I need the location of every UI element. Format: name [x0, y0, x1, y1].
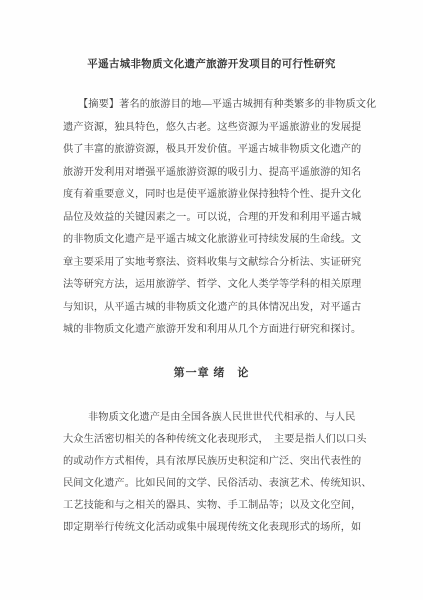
text-line: 城的非物质文化遗产旅游开发和利用从几个方面进行研究和探讨。 — [63, 319, 365, 342]
text-line: 品位及效益的关键因素之一。可以说，合理的开发和利用平遥古城 — [63, 207, 365, 230]
text-line: 民间文化遗产。比如民间的文学、民俗活动、表演艺术、传统知识、 — [63, 473, 365, 495]
chapter-heading: 第一章 绪 论 — [0, 364, 423, 380]
document-page: 平遥古城非物质文化遗产旅游开发项目的可行性研究 【摘要】著名的旅游目的地—平遥古… — [0, 0, 423, 600]
text-line: 旅游开发利用对增强平遥旅游资源的吸引力、提高平遥旅游的知名 — [63, 162, 365, 185]
text-line: 大众生活密切相关的各种传统文化表现形式， 主要是指人们以口头 — [63, 429, 365, 451]
text-line: 非物质文化遗产是由全国各族人民世世代代相承的、与人民 — [63, 407, 365, 429]
text-line: 与知识，从平遥古城的非物质文化遗产的具体情况出发，对平遥古 — [63, 297, 365, 320]
document-title: 平遥古城非物质文化遗产旅游开发项目的可行性研究 — [0, 56, 423, 71]
text-line: 遗产资源，独具特色，悠久古老。这些资源为平遥旅游业的发展提 — [63, 117, 365, 140]
text-line: 的或动作方式相传，具有浓厚民族历史积淀和广泛、突出代表性的 — [63, 451, 365, 473]
text-line: 度有着重要意义，同时也是使平遥旅游业保持独特个性、提升文化 — [63, 184, 365, 207]
text-line: 工艺技能和与之相关的器具、实物、手工制品等；以及文化空间， — [63, 495, 365, 517]
text-line: 章主要采用了实地考察法、资料收集与文献综合分析法、实证研究 — [63, 252, 365, 275]
text-line: 的非物质文化遗产是平遥古城文化旅游业可持续发展的生命线。文 — [63, 229, 365, 252]
text-line: 供了丰富的旅游资源，极具开发价值。平遥古城非物质文化遗产的 — [63, 139, 365, 162]
text-line: 即定期举行传统文化活动或集中展现传统文化表现形式的场所，如 — [63, 517, 365, 539]
abstract-paragraph: 【摘要】著名的旅游目的地—平遥古城拥有种类繁多的非物质文化遗产资源，独具特色，悠… — [63, 94, 365, 342]
intro-paragraph: 非物质文化遗产是由全国各族人民世世代代相承的、与人民大众生活密切相关的各种传统文… — [63, 407, 365, 539]
text-line: 法等研究方法，运用旅游学、哲学、文化人类学等学科的相关原理 — [63, 274, 365, 297]
text-line: 【摘要】著名的旅游目的地—平遥古城拥有种类繁多的非物质文化 — [63, 94, 365, 117]
